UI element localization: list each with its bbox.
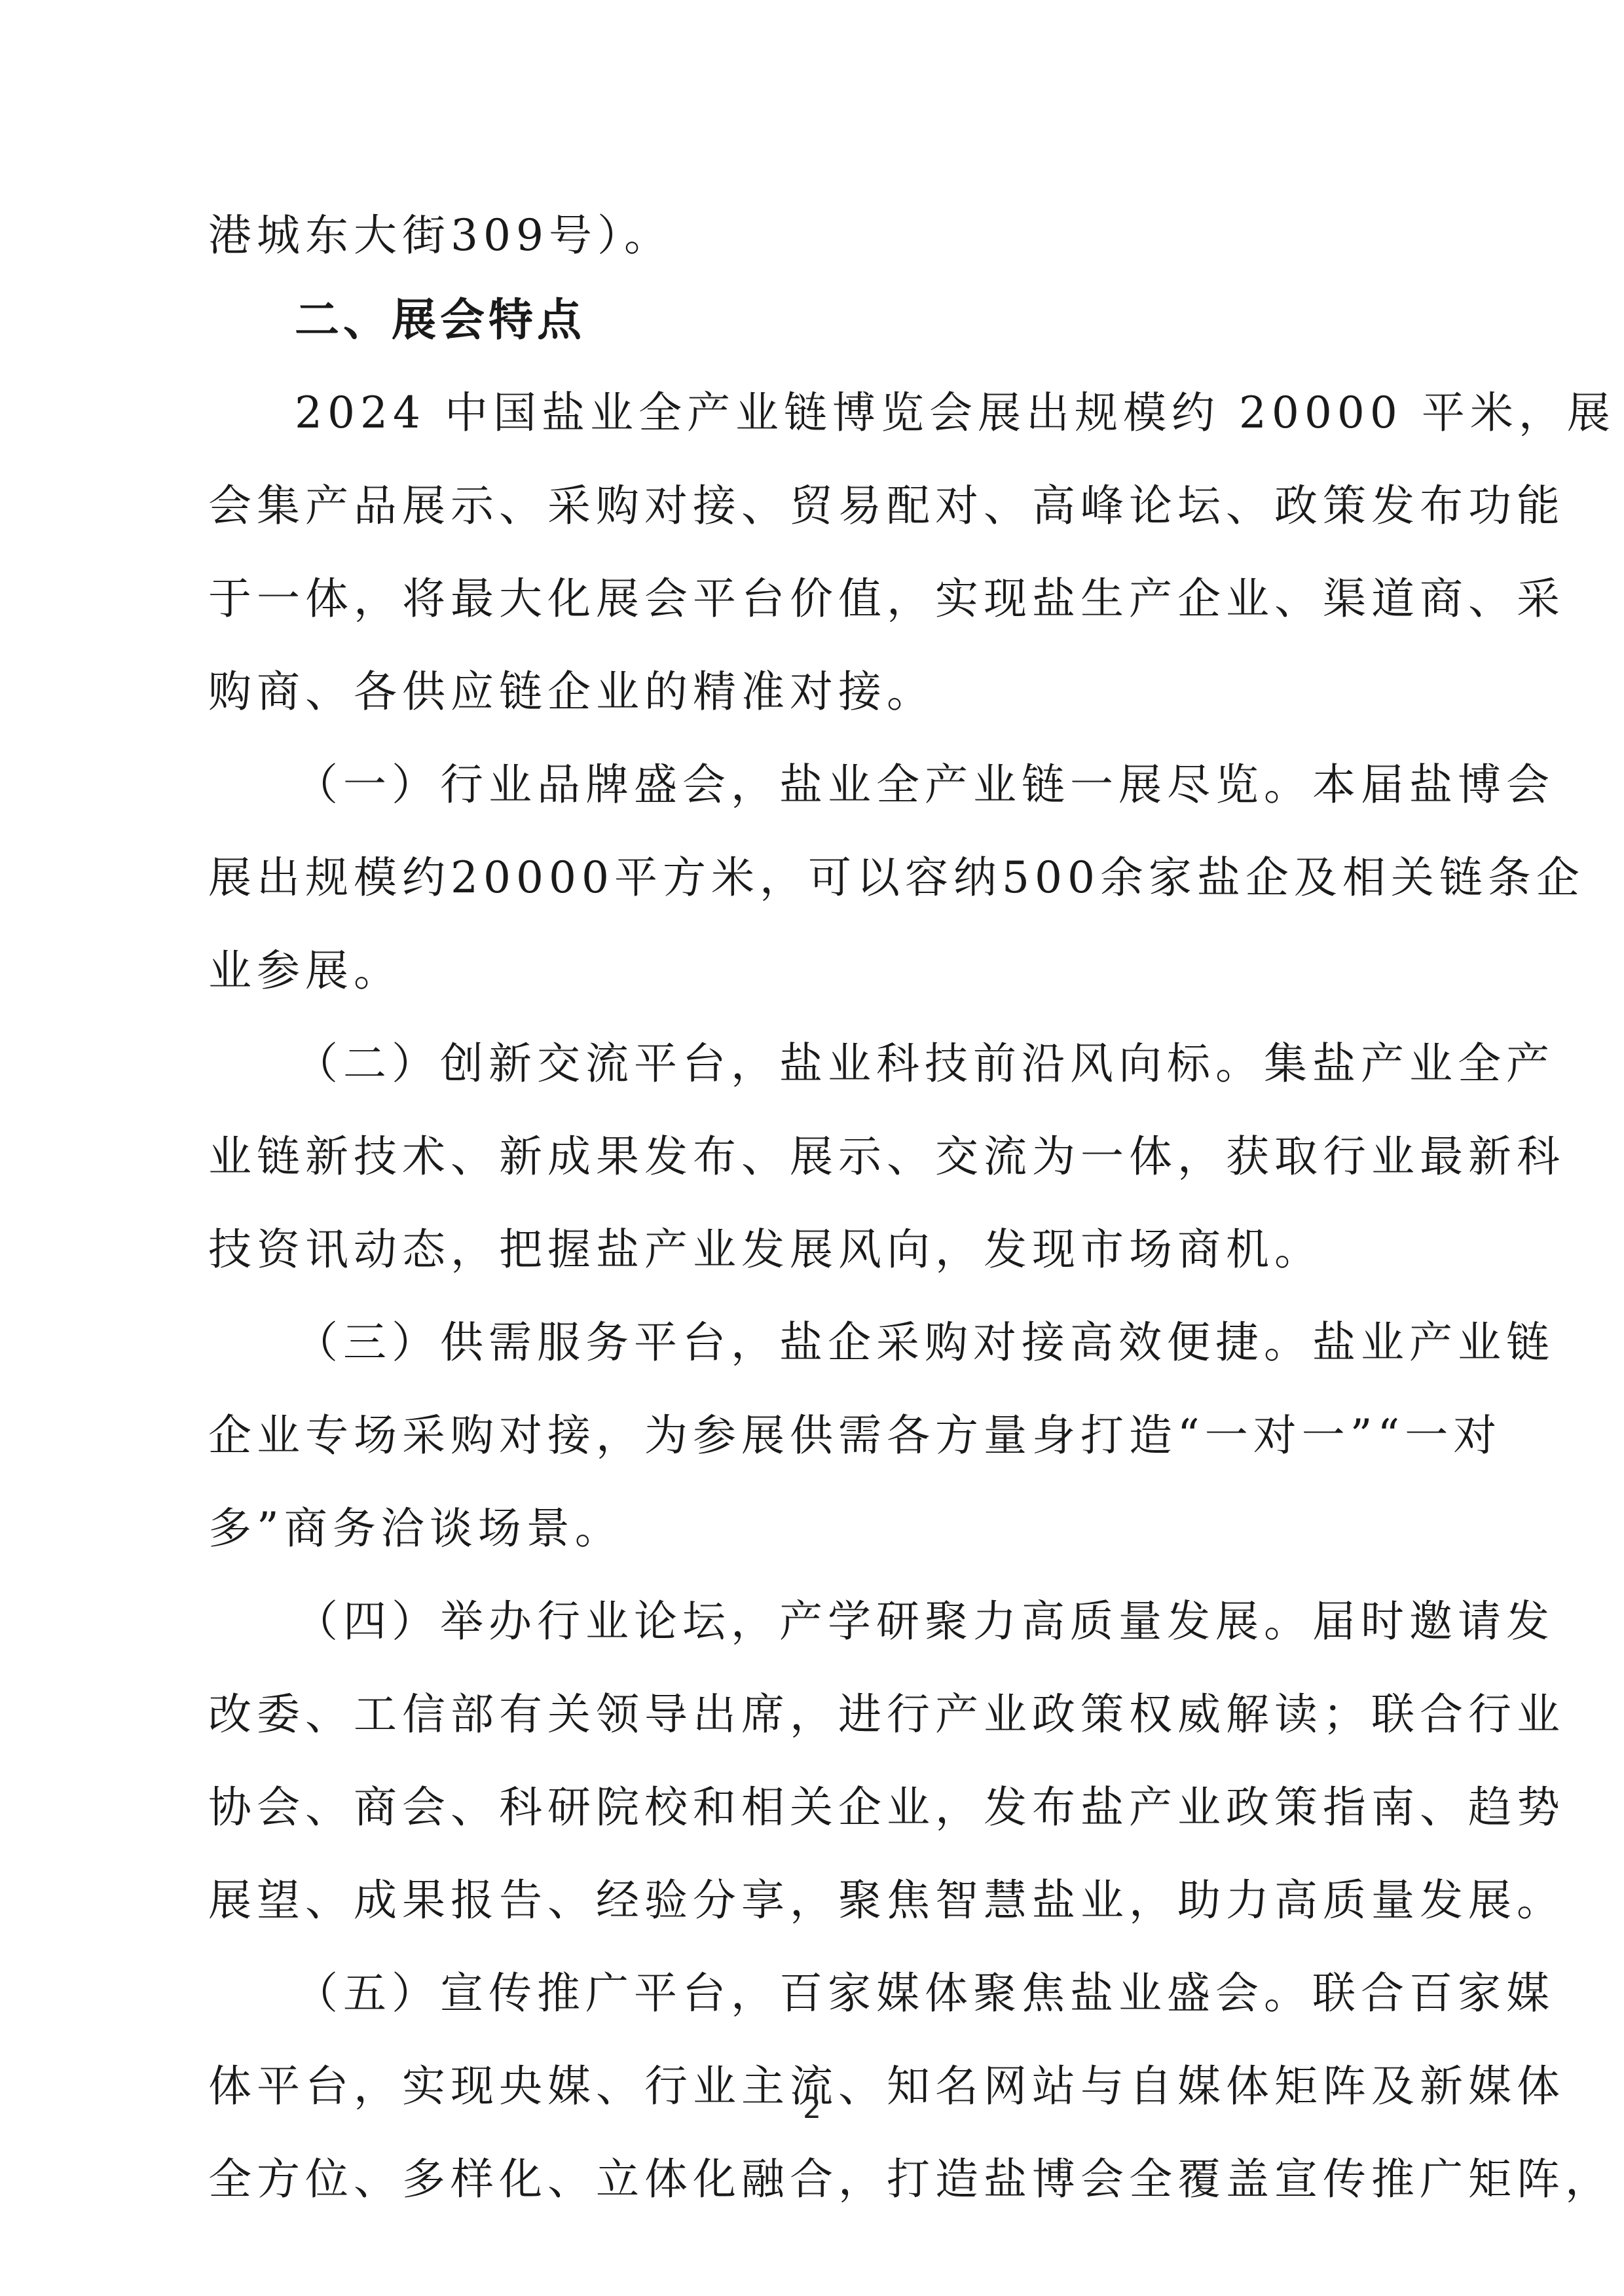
section-heading: 二、展会特点 bbox=[208, 275, 1414, 367]
text-line: 多”商务洽谈场景。 bbox=[208, 1482, 1414, 1575]
document-page: 港城东大街309号）。 二、展会特点 2024 中国盐业全产业链博览会展出规模约… bbox=[0, 0, 1624, 2296]
subsection-line: （二）创新交流平台，盐业科技前沿风向标。集盐产业全产 bbox=[208, 1017, 1414, 1110]
subsection-line: （一）行业品牌盛会，盐业全产业链一展尽览。本届盐博会 bbox=[208, 738, 1414, 831]
text-line: 展望、成果报告、经验分享，聚焦智慧盐业，助力高质量发展。 bbox=[208, 1854, 1414, 1947]
text-line: 业链新技术、新成果发布、展示、交流为一体，获取行业最新科 bbox=[208, 1110, 1414, 1203]
text-line: 于一体，将最大化展会平台价值，实现盐生产企业、渠道商、采 bbox=[208, 553, 1414, 646]
subsection-line: （三）供需服务平台，盐企采购对接高效便捷。盐业产业链 bbox=[208, 1296, 1414, 1389]
text-line: 改委、工信部有关领导出席，进行产业政策权威解读；联合行业 bbox=[208, 1668, 1414, 1761]
text-line: 协会、商会、科研院校和相关企业，发布盐产业政策指南、趋势 bbox=[208, 1761, 1414, 1854]
page-number: 2 bbox=[0, 2092, 1624, 2125]
text-line: 港城东大街309号）。 bbox=[208, 196, 1414, 275]
subsection-line: （四）举办行业论坛，产学研聚力高质量发展。届时邀请发 bbox=[208, 1575, 1414, 1668]
text-line: 技资讯动态，把握盐产业发展风向，发现市场商机。 bbox=[208, 1203, 1414, 1296]
text-line: 企业专场采购对接，为参展供需各方量身打造“一对一”“一对 bbox=[208, 1389, 1414, 1482]
text-line: 业参展。 bbox=[208, 924, 1414, 1017]
text-line: 购商、各供应链企业的精准对接。 bbox=[208, 646, 1414, 738]
text-line: 2024 中国盐业全产业链博览会展出规模约 20000 平米，展 bbox=[208, 367, 1414, 460]
text-line: 展出规模约20000平方米，可以容纳500余家盐企及相关链条企 bbox=[208, 831, 1414, 924]
text-line: 全方位、多样化、立体化融合，打造盐博会全覆盖宣传推广矩阵， bbox=[208, 2133, 1414, 2226]
subsection-line: （五）宣传推广平台，百家媒体聚焦盐业盛会。联合百家媒 bbox=[208, 1947, 1414, 2040]
document-body: 港城东大街309号）。 二、展会特点 2024 中国盐业全产业链博览会展出规模约… bbox=[208, 196, 1414, 2226]
text-line: 会集产品展示、采购对接、贸易配对、高峰论坛、政策发布功能 bbox=[208, 460, 1414, 553]
